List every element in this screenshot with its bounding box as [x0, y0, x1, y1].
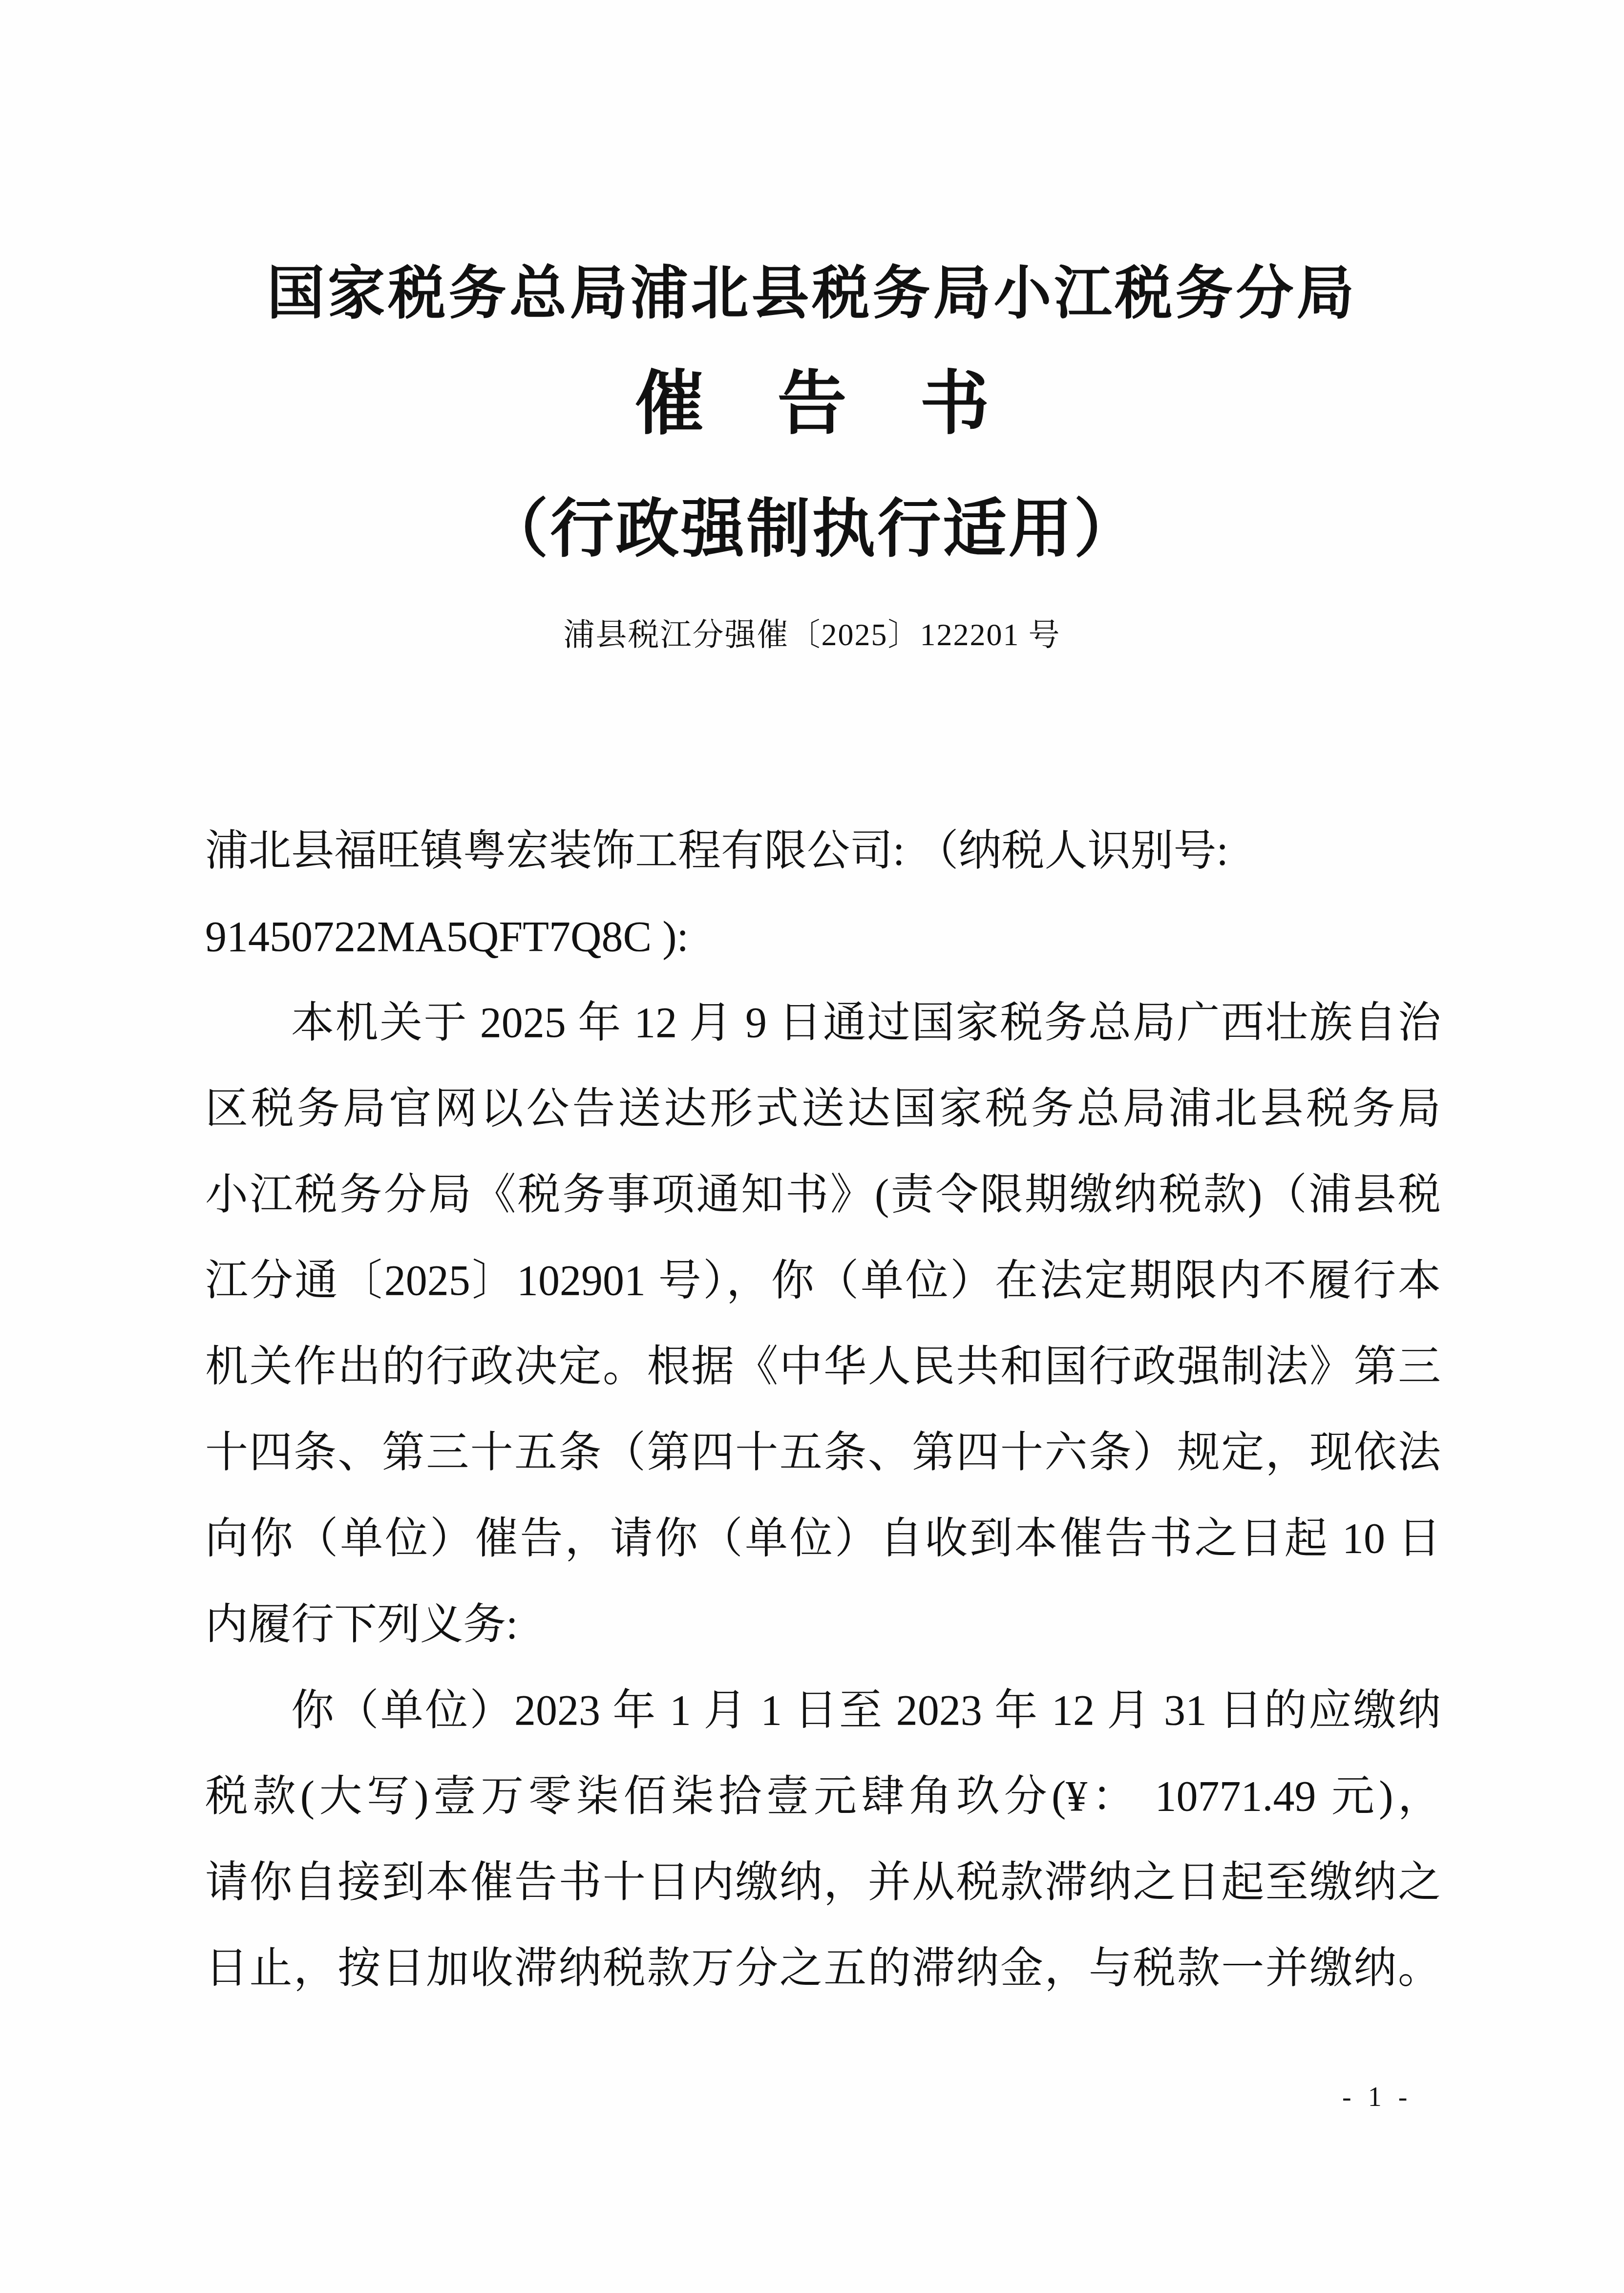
- body-line: 本机关于 2025 年 12 月 9 日通过国家税务总局广西壮族自治: [205, 980, 1441, 1066]
- body-line: 机关作出的行政决定。根据《中华人民共和国行政强制法》第三: [205, 1324, 1441, 1410]
- document-page: 国家税务总局浦北县税务局小江税务分局 催告书 （行政强制执行适用） 浦县税江分强…: [0, 0, 1624, 2293]
- body-line: 小江税务分局《税务事项通知书》(责令限期缴纳税款)（浦县税: [205, 1152, 1441, 1238]
- body-line: 你（单位）2023 年 1 月 1 日至 2023 年 12 月 31 日的应缴…: [205, 1668, 1441, 1754]
- body-line: 十四条、第三十五条（第四十五条、第四十六条）规定，现依法: [205, 1410, 1441, 1496]
- recipient-line: 浦北县福旺镇粤宏装饰工程有限公司: （纳税人识别号:: [205, 808, 1441, 894]
- body-line: 向你（单位）催告，请你（单位）自收到本催告书之日起 10 日: [205, 1496, 1441, 1582]
- document-number: 浦县税江分强催〔2025〕122201 号: [0, 610, 1624, 654]
- body-line: 区税务局官网以公告送达形式送达国家税务总局浦北县税务局: [205, 1066, 1441, 1152]
- taxpayer-id-line: 91450722MA5QFT7Q8C ):: [205, 894, 1441, 980]
- page-number: - 1 -: [1342, 2082, 1412, 2113]
- document-subtitle: （行政强制执行适用）: [0, 478, 1624, 569]
- body-line: 日止，按日加收滞纳税款万分之五的滞纳金，与税款一并缴纳。: [205, 1926, 1441, 2012]
- document-body: 浦北县福旺镇粤宏装饰工程有限公司: （纳税人识别号: 91450722MA5QF…: [205, 808, 1441, 2012]
- body-line: 请你自接到本催告书十日内缴纳，并从税款滞纳之日起至缴纳之: [205, 1840, 1441, 1926]
- document-title: 催告书: [0, 348, 1624, 447]
- body-line: 税款(大写)壹万零柒佰柒拾壹元肆角玖分(¥： 10771.49 元)，: [205, 1754, 1441, 1840]
- body-line: 内履行下列义务:: [205, 1582, 1441, 1668]
- agency-title: 国家税务总局浦北县税务局小江税务分局: [0, 247, 1624, 330]
- body-line: 江分通〔2025〕102901 号），你（单位）在法定期限内不履行本: [205, 1238, 1441, 1324]
